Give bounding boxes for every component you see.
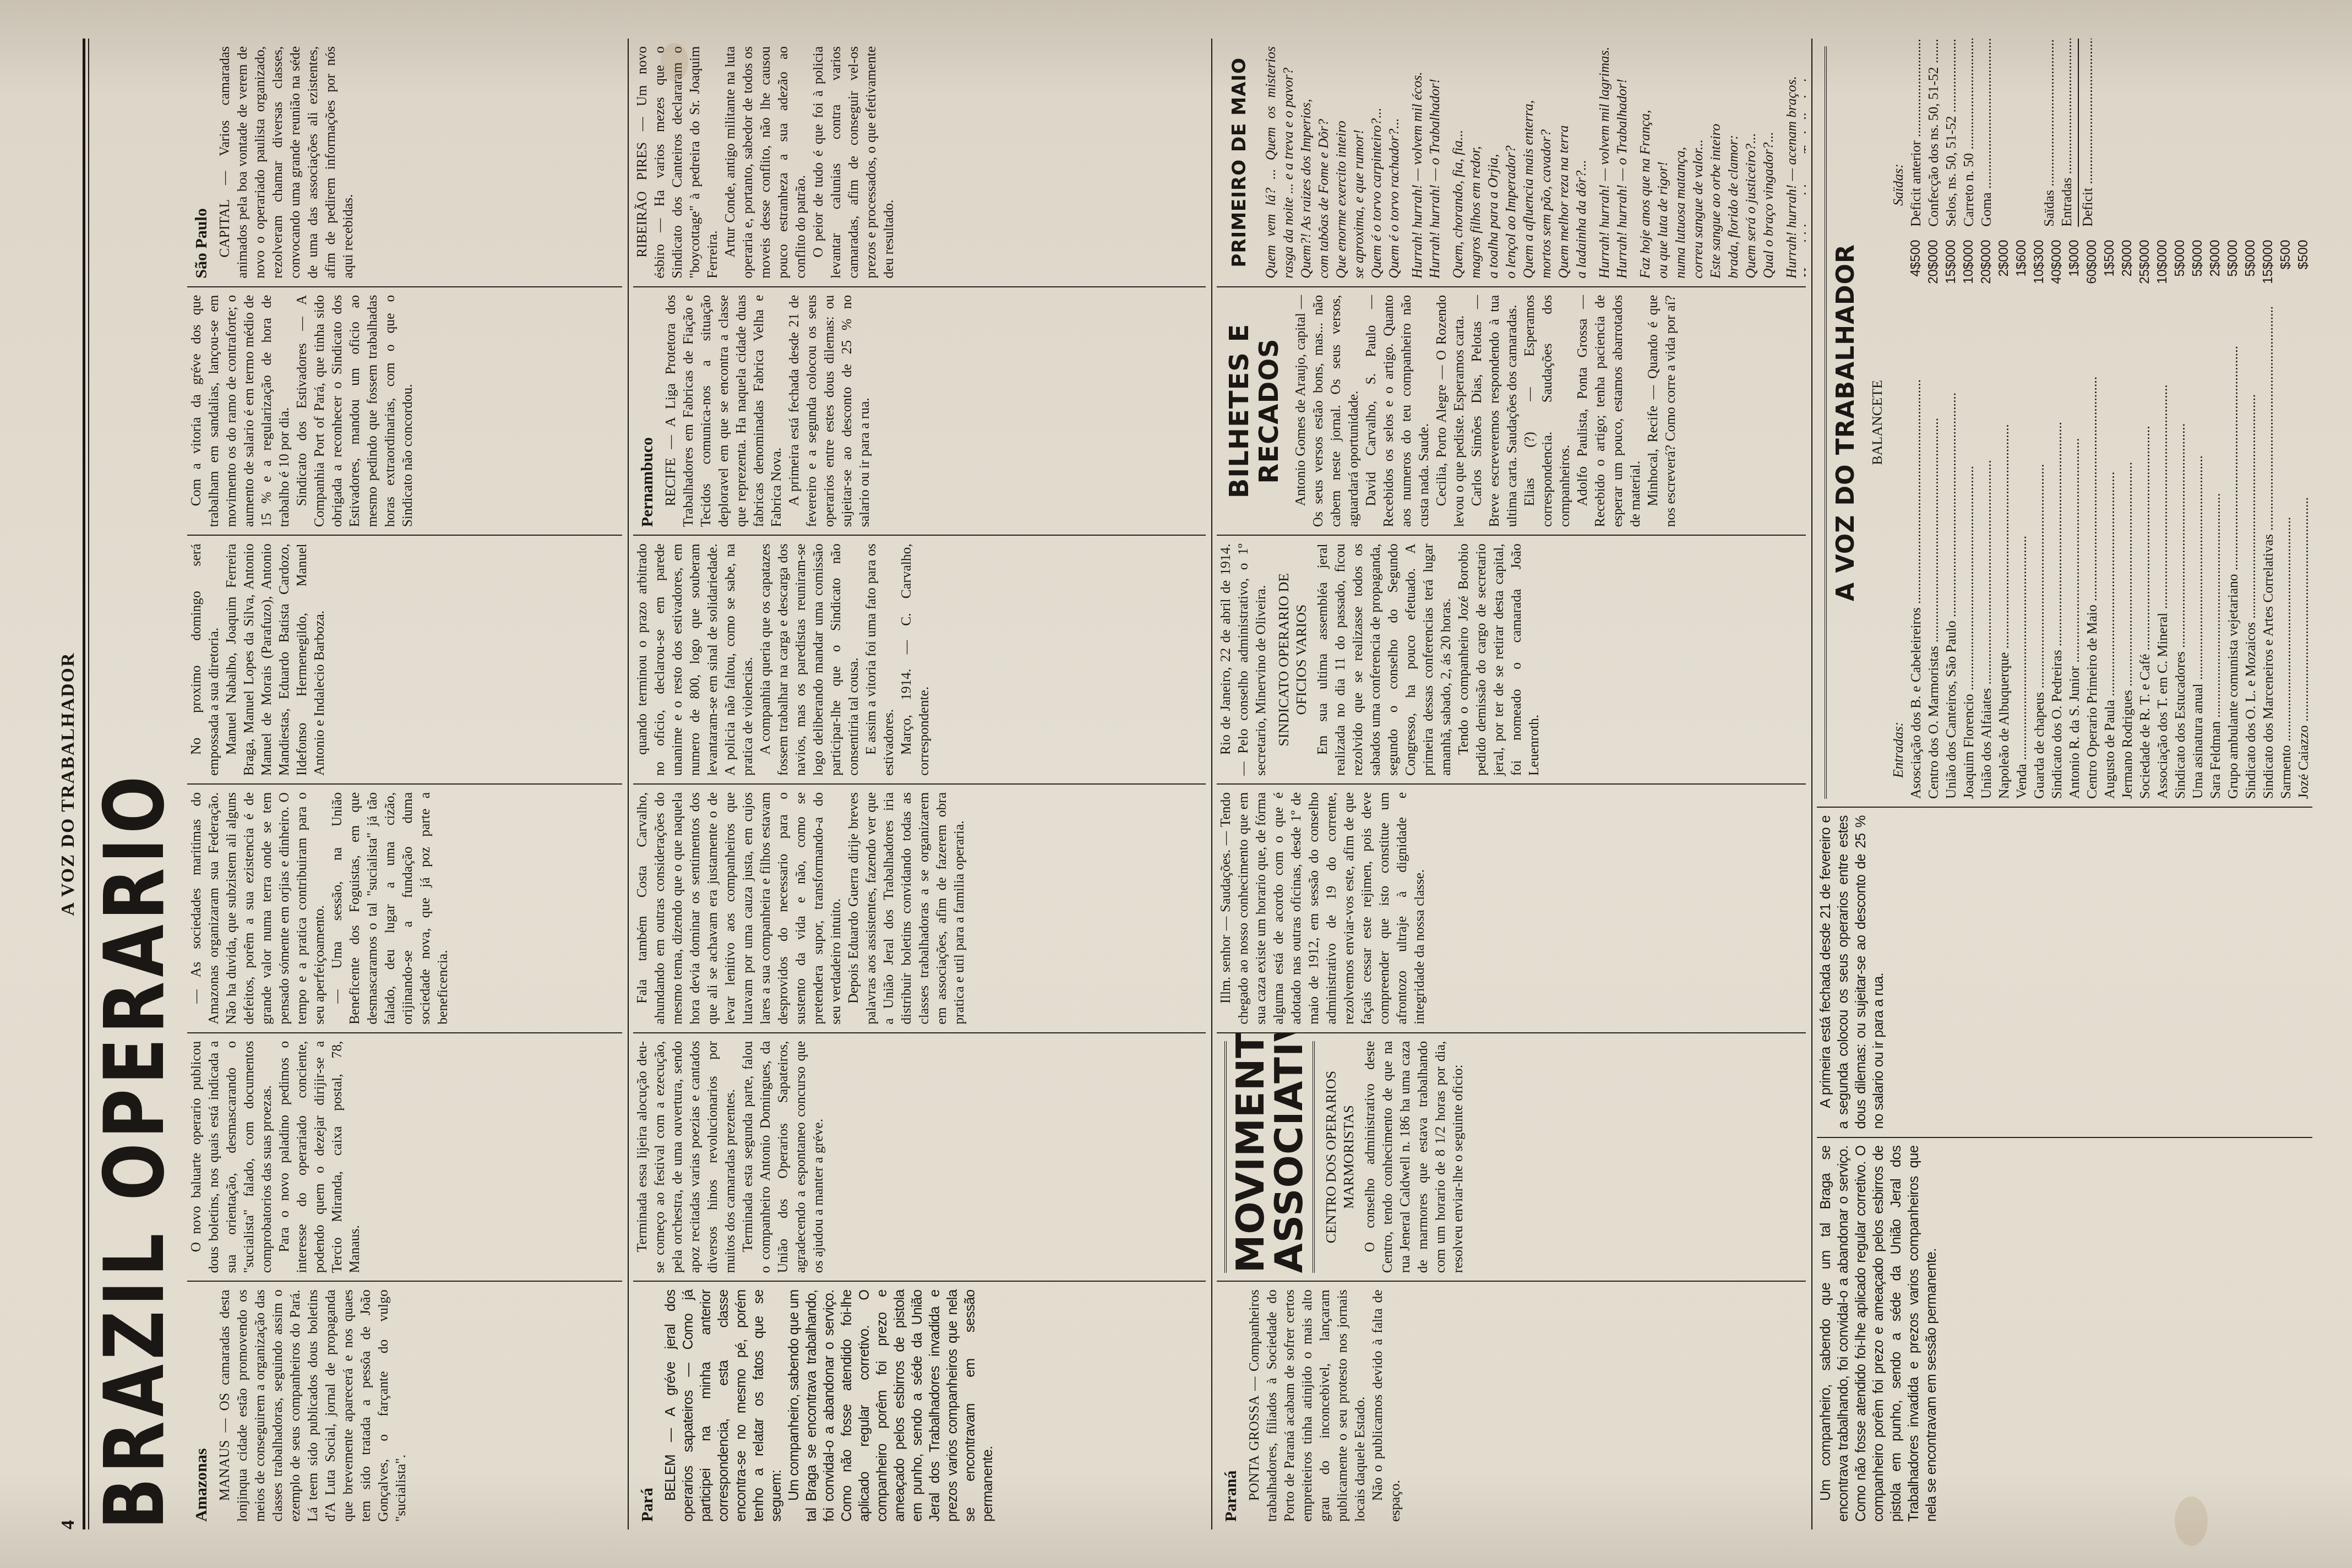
ledger-label: Confecção dos ns. 50, 51-52 xyxy=(1925,39,1942,227)
column-recife-cont: A primeira está fechada desde 21 de feve… xyxy=(1817,808,2312,1138)
ledger-label: Sindicato dos O. L. e Mozaicos xyxy=(2242,306,2260,799)
column-sao-paulo-intro: Com a vitoria da gréve dos que trabalham… xyxy=(187,287,622,536)
ledger-amount: 40$000 xyxy=(2048,240,2066,306)
ledger-amount: 10$000 xyxy=(1960,240,1978,306)
paragraph: Illm. senhor — Saudações. — Tendo chegad… xyxy=(1217,792,1428,1025)
ledger-amount: 10$000 xyxy=(2154,240,2171,306)
balancete-subtitle: BALANCETE xyxy=(1869,46,1886,799)
ledger-row: Asosciação dos B. e Cabeleireiros4$500 xyxy=(1907,240,1925,799)
ledger-label: Joaquim Florencio xyxy=(1960,306,1978,799)
paragraph: MANAUS — OS camaradas desta lonjinqua ci… xyxy=(216,1289,410,1522)
ledger-label: Antonio R. da S. Junior xyxy=(2066,306,2083,799)
paragraph: A primeira está fechada desde 21 de feve… xyxy=(785,295,873,527)
sindicato-varios-heading: SINDICATO OPERARIO DE OFICIOS VARIOS xyxy=(1275,543,1310,776)
ledger-label: Jermano Rodrigues xyxy=(2119,306,2136,799)
ledger-amount: 20$000 xyxy=(1925,240,1942,306)
band-rule xyxy=(1811,39,1812,1529)
poem-line: Hurrah! hurrah! — o Trabalhador! xyxy=(1613,46,1631,279)
ledger-row: Entradas284$900 xyxy=(2058,39,2076,227)
ledger-amount: 2$000 xyxy=(2119,240,2136,306)
ledger-row: Sindicato dos O. L. e Mozaicos5$000 xyxy=(2242,240,2260,799)
section-heading-para: Pará xyxy=(639,1289,656,1522)
ledger-amount: 1$500 xyxy=(2101,240,2119,306)
paragraph: O conselho administrativo deste Centro, … xyxy=(1361,1041,1467,1273)
ledger-amount: $500 xyxy=(2295,240,2312,306)
ledger-row: Carreto n. 505$000 xyxy=(1960,39,1978,227)
bilhetes-title: BILHETES E RECADOS xyxy=(1224,295,1284,527)
paragraph: CAPITAL — Varios camaradas animados pela… xyxy=(216,46,357,279)
header-rule xyxy=(83,39,85,1529)
ledger-row: Napoleão de Albuquerque2$000 xyxy=(1995,240,2013,799)
poem-line: Quem a afluencia mais enterra, xyxy=(1520,46,1537,279)
balancete-title: A VOZ DO TRABALHADOR xyxy=(1825,46,1861,799)
ledger-row: Goma$500 xyxy=(1978,39,1995,227)
rezumo-rows: Saïdas479$200Entradas284$900 xyxy=(2040,39,2076,227)
ledger-row: Guarda de chapeus10$300 xyxy=(2030,240,2048,799)
poem-line: a ladainha da dôr?... xyxy=(1572,46,1590,279)
centro-marmoristas-heading: CENTRO DOS OPERARIOS MARMORISTAS xyxy=(1322,1041,1358,1273)
entradas-label: Entradas: xyxy=(1890,240,1907,799)
band-3: Paraná PONTA GROSSA — Companheiros traba… xyxy=(1217,39,1806,1529)
poem-line: Hurrah! hurrah! — volvem mil écos. xyxy=(1408,46,1426,279)
column-movimento-title: MOVIMENTO ASSOCIATIVO CENTRO DOS OPERARI… xyxy=(1217,1033,1806,1282)
movimento-associativo-title: MOVIMENTO ASSOCIATIVO xyxy=(1224,1041,1315,1273)
ledger-amount: 5$000 xyxy=(2171,240,2189,306)
paragraph: Em sua ultima assembléa jeral realizada … xyxy=(1314,543,1455,776)
ledger-amount: 1$000 xyxy=(2066,240,2083,306)
newspaper-page: 4 A VOZ DO TRABALHADOR BRAZIL OPERARIO A… xyxy=(0,0,2352,1568)
ledger-row: Uma asinatura anual5$000 xyxy=(2189,240,2207,799)
ledger-amount: $500 xyxy=(2277,240,2295,306)
ledger-label: Sarmento xyxy=(2277,306,2295,799)
deficit-row: Deficit 194$300 xyxy=(2078,39,2097,227)
column-bilhetes: BILHETES E RECADOS Antonio Gomes de Arau… xyxy=(1217,287,1806,536)
poem-stanza: Quem vem lá? ... Quem os misterios rasga… xyxy=(1262,46,1403,279)
ledger-label: Sara Feldman xyxy=(2207,306,2224,799)
paragraph: O novo baluarte operario publicou dous b… xyxy=(187,1041,275,1273)
ledger-label: Goma xyxy=(1978,39,1995,227)
ledger-row: Joaquim Florencio10$000 xyxy=(1960,240,1978,799)
ledger-row: Centro Operario Primeiro de Maio60$000 xyxy=(2083,240,2101,799)
ledger-row: Grupo ambulante comunista vejetariano5$0… xyxy=(2224,240,2242,799)
column-para: Pará BELEM — A gréve jeral dos operarios… xyxy=(633,1282,1206,1529)
poem-stanza: Faz hoje anos que na França,ou que luta … xyxy=(1636,46,1777,279)
ledger-label: Augusto de Paula xyxy=(2101,306,2119,799)
column-amazonas-3: — As sociedades maritimas do Amazonas or… xyxy=(187,785,622,1033)
section-heading-parana: Paraná xyxy=(1222,1289,1240,1522)
ledger-label: União dos Canteiros, São Paulo xyxy=(1942,306,1960,799)
ledger-row: Centro dos O. Marmoristas20$000 xyxy=(1925,240,1942,799)
paragraph: Terminada esta segunda parte, falou o co… xyxy=(739,1041,827,1273)
poem-line: a toalha para a Orjia, xyxy=(1484,46,1502,279)
poem-line: magros filhos em redor, xyxy=(1467,46,1484,279)
paragraph: Carlos Simões Dias, Pelotas — Breve escr… xyxy=(1468,295,1521,527)
ledger-row: Sara Feldman2$000 xyxy=(2207,240,2224,799)
poem-line: Hurrah! hurrah! — o Trabalhador! xyxy=(1800,46,1806,279)
ledger-label: Selos, ns. 50, 51-52 xyxy=(1942,39,1960,227)
paragraph: A primeira está fechada desde 21 de feve… xyxy=(1817,815,1887,1129)
band-2: Pará BELEM — A gréve jeral dos operarios… xyxy=(633,39,1206,1529)
ledger-row: Antonio R. da S. Junior1$000 xyxy=(2066,240,2083,799)
poem-line: Quem melhor reza na terra xyxy=(1555,46,1572,279)
ledger-amount: 25$000 xyxy=(2136,240,2154,306)
poem-line: o lençol ao Imperador? xyxy=(1502,46,1520,279)
poem-body: Quem vem lá? ... Quem os misterios rasga… xyxy=(1262,46,1806,279)
deficit-label: Deficit xyxy=(2079,39,2097,227)
ledger-row: União dos Canteiros, São Paulo15$000 xyxy=(1942,240,1960,799)
poem-line: Quem é o torvo carpinteiro?... xyxy=(1368,46,1385,279)
paragraph: Março, 1914. — C. Carvalho, corresponden… xyxy=(897,543,933,776)
ledger-row: Deficit anterior263$700 xyxy=(1907,39,1925,227)
paper-stain xyxy=(661,43,688,81)
column-sao-paulo: São Paulo CAPITAL — Varios camaradas ani… xyxy=(187,39,622,287)
ledger-label: Napoleão de Albuquerque xyxy=(1995,306,2013,799)
ledger-label: Sindicato dos O. Pedreiras xyxy=(2048,306,2066,799)
ledger-row: Sindicato dos Marceneiros e Artes Correl… xyxy=(2260,240,2277,799)
ledger-label: Carreto n. 50 xyxy=(1960,39,1978,227)
poem-title: PRIMEIRO DE MAIO xyxy=(1224,46,1254,279)
column-parana: Paraná PONTA GROSSA — Companheiros traba… xyxy=(1217,1282,1806,1529)
ledger-amount: 4$500 xyxy=(1907,240,1925,306)
column-misc: No proximo domingo será empossada a sua … xyxy=(187,536,622,785)
ledger-row: Sindicato dos Estucadores5$000 xyxy=(2171,240,2189,799)
ledger-label: Grupo ambulante comunista vejetariano xyxy=(2224,306,2242,799)
poem-line: Que enorme exercito inteiro xyxy=(1332,46,1350,279)
paragraph: A companhia queria que os capatazes foss… xyxy=(756,543,862,776)
paragraph: Depois Eduardo Guerra dirije breves pala… xyxy=(845,792,968,1025)
ledger-row: Saïdas479$200 xyxy=(2040,39,2058,227)
ledger-amount: 15$000 xyxy=(1942,240,1960,306)
column-amazonas: Amazonas MANAUS — OS camaradas desta lon… xyxy=(187,1282,622,1529)
rezumo-heading: REZUMO xyxy=(2019,39,2037,227)
ledger-row: Selos, ns. 50, 51-5210$000 xyxy=(1942,39,1960,227)
poem-stanza: Hurrah! hurrah! — volvem mil écos.Hurrah… xyxy=(1408,46,1444,279)
paper-stain xyxy=(2175,1496,2208,1546)
saidas-label: Saïdas: xyxy=(1890,39,1907,227)
poem-line: Hurrah! hurrah! — acenam braços. xyxy=(1783,46,1800,279)
masthead-banner: BRAZIL OPERARIO xyxy=(94,825,176,1529)
poem-stanza: Hurrah! hurrah! — volvem mil lagrimas.Hu… xyxy=(1596,46,1631,279)
column-movimento-3: Rio de Janeiro, 22 de abril de 1914. — P… xyxy=(1217,536,1806,785)
running-header: 4 A VOZ DO TRABALHADOR xyxy=(58,39,78,1529)
ledger-amount: 15$000 xyxy=(2260,240,2277,306)
ledger-label: União dos Alfaiates xyxy=(1978,306,1995,799)
ledger-row: Jozé Caiazzo$500 xyxy=(2295,240,2312,799)
ledger-label: Associação dos T. em C. Mineral xyxy=(2154,306,2171,799)
paragraph: Elias (?) — Esperamos correspondencia. S… xyxy=(1521,295,1574,527)
paragraph: Tendo o companheiro Jozé Borobio pedido … xyxy=(1455,543,1543,776)
ledger-row: Jermano Rodrigues2$000 xyxy=(2119,240,2136,799)
poem-line: Hurrah! hurrah! — o Trabalhador! xyxy=(1426,46,1444,279)
paragraph: Artur Conde, antigo militante na luta op… xyxy=(721,46,809,279)
column-para-3: Fala também Costa Carvalho, ahundando em… xyxy=(633,785,1206,1033)
paragraph: Manuel Nabalho, Joaquim Ferreira Braga, … xyxy=(222,543,328,776)
ledger-row: Associação dos T. em C. Mineral10$000 xyxy=(2154,240,2171,799)
paragraph: E assim a vitoria foi uma fato para os e… xyxy=(862,543,897,776)
column-para-cont: Um companheiro, sabendo que um tal Braga… xyxy=(1817,1138,2312,1529)
ledger-label: Asosciação dos B. e Cabeleireiros xyxy=(1907,306,1925,799)
column-pernambuco: Pernambuco RECIFE — A Liga Protetora dos… xyxy=(633,287,1206,536)
poem-line: ou que luta de rigor! xyxy=(1654,46,1672,279)
column-amazonas-2: O novo baluarte operario publicou dous b… xyxy=(187,1033,622,1282)
ledger-amount: 2$000 xyxy=(1995,240,2013,306)
band-1: Amazonas MANAUS — OS camaradas desta lon… xyxy=(187,39,622,1529)
column-primeiro-de-maio: PRIMEIRO DE MAIO Quem vem lá? ... Quem o… xyxy=(1217,39,1806,287)
paragraph: Não o publicamos devido à falta de espaç… xyxy=(1369,1289,1404,1522)
ledger-row: Sindicato dos O. Pedreiras40$000 xyxy=(2048,240,2066,799)
paragraph: — Uma sessão, na União Beneficente dos F… xyxy=(328,792,451,1025)
section-heading-pernambuco: Pernambuco xyxy=(639,295,656,527)
paragraph: quando terminou o prazo arbitrado no ofi… xyxy=(633,543,756,776)
ledger-amount: 2$000 xyxy=(2207,240,2224,306)
paragraph: Minhocal, Recife — Quando é que nos escr… xyxy=(1644,295,1679,527)
paragraph: O peior de tudo é que foi à policia leva… xyxy=(809,46,897,279)
ledger-label: Venda xyxy=(2013,306,2030,799)
ledger-row: Sociedade de R. T. e Café25$000 xyxy=(2136,240,2154,799)
paragraph: Rio de Janeiro, 22 de abril de 1914. — P… xyxy=(1217,543,1270,776)
ledger-label: Saïdas xyxy=(2040,39,2058,227)
section-heading-sao-paulo: São Paulo xyxy=(193,46,210,279)
poem-line: com tabôas de Fome e Dôr? xyxy=(1315,46,1332,279)
band-rule xyxy=(628,39,629,1529)
ledger-amount: 10$300 xyxy=(2030,240,2048,306)
ledger-label: Sociedade de R. T. e Café xyxy=(2136,306,2154,799)
ledger-amount: 1$600 xyxy=(2013,240,2030,306)
paragraph: Para o novo paladino pedimos o interesse… xyxy=(275,1041,363,1273)
poem-line: Hurrah! hurrah! — volvem mil lagrimas. xyxy=(1596,46,1613,279)
ledger-amount: 60$000 xyxy=(2083,240,2101,306)
poem-line: Quem é o torvo rachador?... xyxy=(1385,46,1403,279)
section-heading-amazonas: Amazonas xyxy=(193,1289,210,1522)
poem-line: correu sangue de valor... xyxy=(1689,46,1707,279)
paragraph: Cecilia, Porto Alegre — O Rozendo levou … xyxy=(1433,295,1468,527)
ledger-label: Entradas xyxy=(2058,39,2076,227)
entradas-list: Entradas: Asosciação dos B. e Cabeleirei… xyxy=(1890,240,2312,799)
poem-stanza: Quem, chorando, fia, fia...magros filhos… xyxy=(1449,46,1590,279)
poem-line: Quem?! As raizes dos Imperios, xyxy=(1297,46,1315,279)
poem-line: Quem, chorando, fia, fia... xyxy=(1449,46,1467,279)
paragraph: Terminada essa lijeira alocução deu-se c… xyxy=(633,1041,739,1273)
paragraph: Com a vitoria da gréve dos que trabalham… xyxy=(187,295,293,527)
poem-line: Qual o braço vingador?... xyxy=(1760,46,1777,279)
ledger-amount: 5$000 xyxy=(2242,240,2260,306)
poem-line: Quem vem lá? ... Quem os misterios rasga… xyxy=(1262,46,1297,279)
balancete-block: A VOZ DO TRABALHADOR BALANCETE Entradas:… xyxy=(1817,39,2312,808)
ledger-label: Centro Operario Primeiro de Maio xyxy=(2083,306,2101,799)
ledger-row: Confecção dos ns. 50, 51-52200$000 xyxy=(1925,39,1942,227)
ledger-label: Guarda de chapeus xyxy=(2030,306,2048,799)
poem-line: brada, florido de clamor: xyxy=(1724,46,1742,279)
poem-stanza: Hurrah! hurrah! — acenam braços.Hurrah! … xyxy=(1783,46,1806,279)
paragraph: Antonio Gomes de Araujo, capital — Os se… xyxy=(1292,295,1362,527)
ledger-label: Jozé Caiazzo xyxy=(2295,306,2312,799)
poem-line: se aproxima, e que rumor! xyxy=(1350,46,1368,279)
paragraph: Sindicato dos Estivadores — A Companhia … xyxy=(293,295,416,527)
column-estivadores: quando terminou o prazo arbitrado no ofi… xyxy=(633,536,1206,785)
paragraph: RECIFE — A Liga Protetora dos Trabalhado… xyxy=(662,295,785,527)
ledger-row: Venda1$600 xyxy=(2013,240,2030,799)
paragraph: Adolfo Paulista, Ponta Grossa — Recebido… xyxy=(1574,295,1644,527)
entradas-rows: Asosciação dos B. e Cabeleireiros4$500Ce… xyxy=(1907,240,2312,799)
paragraph: BELEM — A gréve jeral dos operarios sapa… xyxy=(662,1289,785,1522)
ledger-label: Centro dos O. Marmoristas xyxy=(1925,306,1942,799)
column-para-2: Terminada essa lijeira alocução deu-se c… xyxy=(633,1033,1206,1282)
column-movimento-2: Illm. senhor — Saudações. — Tendo chegad… xyxy=(1217,785,1806,1033)
ledger-row: Sarmento$500 xyxy=(2277,240,2295,799)
ledger-amount: 20$000 xyxy=(1978,240,1995,306)
column-sao-paulo-2: RIBEIRÃO PIRES — Um novo ésbiro — Ha var… xyxy=(633,39,1206,287)
saidas-list: Saïdas: Deficit anterior263$700Confecção… xyxy=(1890,39,2312,227)
ledger-label: Sindicato dos Marceneiros e Artes Correl… xyxy=(2260,306,2277,799)
ledger-label: Deficit anterior xyxy=(1907,39,1925,227)
running-title: A VOZ DO TRABALHADOR xyxy=(58,39,79,1529)
ledger-label: Sindicato dos Estucadores xyxy=(2171,306,2189,799)
ledger-amount: 5$000 xyxy=(2224,240,2242,306)
ledger-amount: 5$000 xyxy=(2189,240,2207,306)
ledger-row: União dos Alfaiates20$000 xyxy=(1978,240,1995,799)
paragraph: David Carvalho, S. Paulo — Recebidos os … xyxy=(1362,295,1433,527)
paragraph: Fala também Costa Carvalho, ahundando em… xyxy=(633,792,845,1025)
poem-line: Este sangue ao orbe inteiro xyxy=(1707,46,1724,279)
paragraph: Um companheiro, sabendo que um tal Braga… xyxy=(1817,1146,1940,1522)
balancete-columns: Entradas: Asosciação dos B. e Cabeleirei… xyxy=(1890,46,2312,799)
poem-line: mortos sem pão, cavador? xyxy=(1537,46,1555,279)
ledger-row: Augusto de Paula1$500 xyxy=(2101,240,2119,799)
poem-line: Faz hoje anos que na França, xyxy=(1636,46,1654,279)
ledger-label: Uma asinatura anual xyxy=(2189,306,2207,799)
paragraph: No proximo domingo será empossada a sua … xyxy=(187,543,222,776)
paragraph: — As sociedades maritimas do Amazonas or… xyxy=(187,792,328,1025)
paragraph: PONTA GROSSA — Companheiros trabalhadore… xyxy=(1245,1289,1369,1522)
poem-line: numa lutuosa matança, xyxy=(1672,46,1689,279)
poem-line: Quem será o justiceiro?... xyxy=(1742,46,1760,279)
band-rule xyxy=(1211,39,1212,1529)
band-4: Um companheiro, sabendo que um tal Braga… xyxy=(1817,39,2312,1529)
saidas-rows: Deficit anterior263$700Confecção dos ns.… xyxy=(1907,39,1995,227)
paragraph: Um companheiro, sabendo que um tal Braga… xyxy=(785,1289,997,1522)
